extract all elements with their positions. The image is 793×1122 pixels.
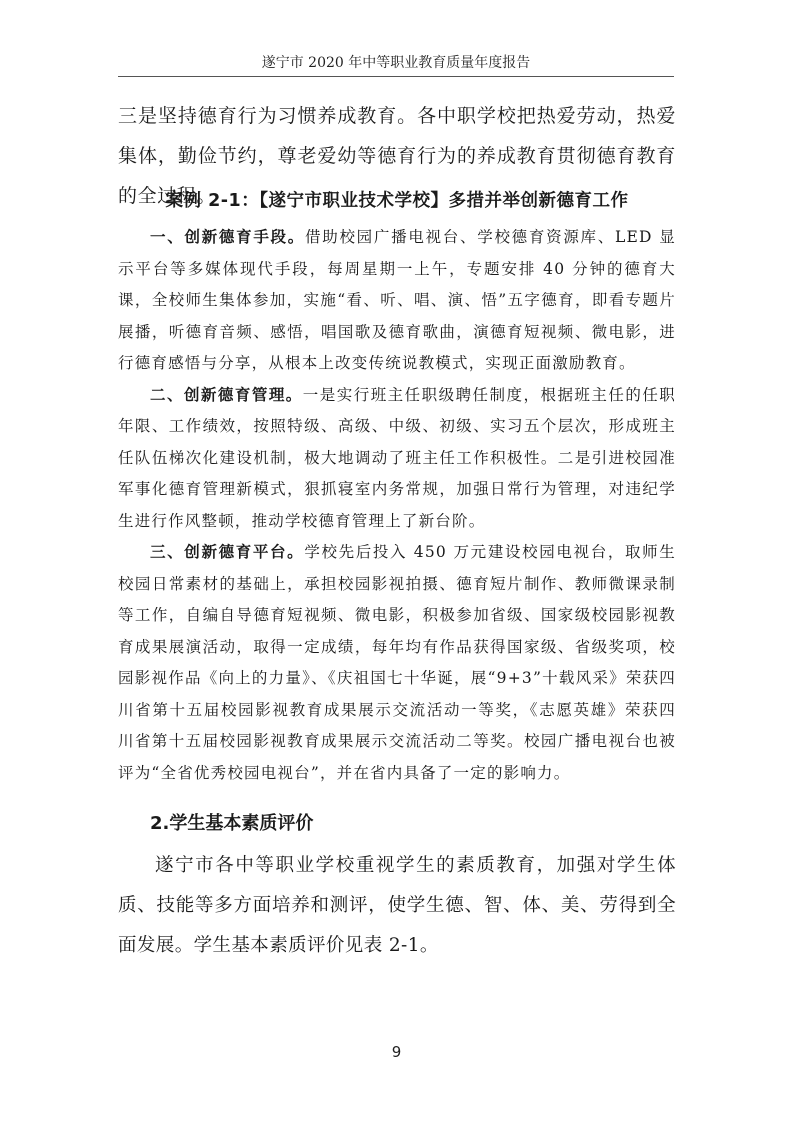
case-item-3: 三、创新德育平台。学校先后投入 450 万元建设校园电视台，取师生校园日常素材的… xyxy=(118,537,676,789)
running-header: 遂宁市 2020 年中等职业教育质量年度报告 xyxy=(118,52,674,72)
case-item-1-text: 借助校园广播电视台、学校德育资源库、LED 显示平台等多媒体现代手段，每周星期一… xyxy=(118,228,676,372)
case-item-1: 一、创新德育手段。借助校园广播电视台、学校德育资源库、LED 显示平台等多媒体现… xyxy=(118,222,676,380)
case-item-2: 二、创新德育管理。一是实行班主任职级聘任制度，根据班主任的任职年限、工作绩效，按… xyxy=(118,380,676,538)
case-item-3-lead: 三、创新德育平台。 xyxy=(150,543,304,561)
section-block: 2.学生基本素质评价 遂宁市各中等职业学校重视学生的素质教育，加强对学生体质、技… xyxy=(118,808,676,966)
case-item-3-text: 学校先后投入 450 万元建设校园电视台，取师生校园日常素材的基础上，承担校园影… xyxy=(118,543,676,782)
header-divider xyxy=(118,76,674,77)
case-box: 案例 2-1：【遂宁市职业技术学校】多措并举创新德育工作 一、创新德育手段。借助… xyxy=(118,186,676,789)
case-title: 案例 2-1：【遂宁市职业技术学校】多措并举创新德育工作 xyxy=(118,186,676,216)
section-paragraph: 遂宁市各中等职业学校重视学生的素质教育，加强对学生体质、技能等多方面培养和测评，… xyxy=(118,846,676,966)
section-heading: 2.学生基本素质评价 xyxy=(118,808,676,840)
document-page: 遂宁市 2020 年中等职业教育质量年度报告 三是坚持德育行为习惯养成教育。各中… xyxy=(0,0,793,1122)
case-item-2-text: 一是实行班主任职级聘任制度，根据班主任的任职年限、工作绩效，按照特级、高级、中级… xyxy=(118,386,676,530)
page-number: 9 xyxy=(0,1043,793,1061)
case-item-1-lead: 一、创新德育手段。 xyxy=(150,228,305,246)
case-item-2-lead: 二、创新德育管理。 xyxy=(150,386,303,404)
